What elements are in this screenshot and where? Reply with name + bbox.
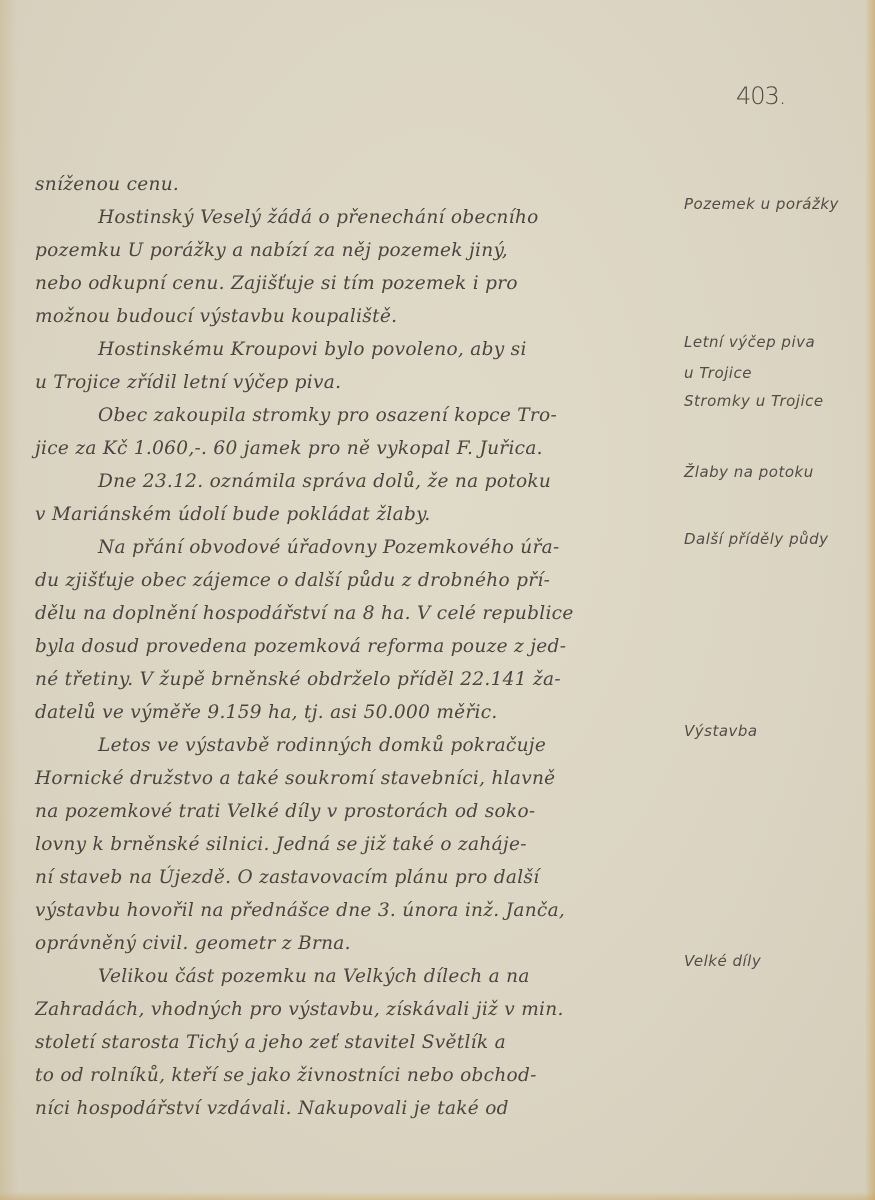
handwritten-line: nebo odkupní cenu. Zajišťuje si tím poze… xyxy=(35,267,685,300)
handwritten-line: Hostinský Veselý žádá o přenechání obecn… xyxy=(35,201,685,234)
handwritten-line: ní staveb na Újezdě. O zastavovacím plán… xyxy=(35,861,685,894)
margin-note: Výstavba xyxy=(684,722,758,740)
margin-note: Velké díly xyxy=(684,952,761,970)
handwritten-line: du zjišťuje obec zájemce o další půdu z … xyxy=(35,564,685,597)
chronicle-body-text: sníženou cenu.Hostinský Veselý žádá o př… xyxy=(35,168,685,1125)
margin-note: Další příděly půdy xyxy=(684,530,829,548)
page-number: 403. xyxy=(736,82,785,110)
margin-note: Žlaby na potoku xyxy=(684,463,814,481)
margin-note: Stromky u Trojice xyxy=(684,392,824,410)
handwritten-line: dělu na doplnění hospodářství na 8 ha. V… xyxy=(35,597,685,630)
notebook-page: 403. sníženou cenu.Hostinský Veselý žádá… xyxy=(0,0,875,1200)
handwritten-line: století starosta Tichý a jeho zeť stavit… xyxy=(35,1026,685,1059)
handwritten-line: Velikou část pozemku na Velkých dílech a… xyxy=(35,960,685,993)
handwritten-line: Letos ve výstavbě rodinných domků pokrač… xyxy=(35,729,685,762)
handwritten-line: né třetiny. V župě brněnské obdrželo pří… xyxy=(35,663,685,696)
handwritten-line: níci hospodářství vzdávali. Nakupovali j… xyxy=(35,1092,685,1125)
handwritten-line: pozemku U porážky a nabízí za něj pozeme… xyxy=(35,234,685,267)
handwritten-line: možnou budoucí výstavbu koupaliště. xyxy=(35,300,685,333)
handwritten-line: sníženou cenu. xyxy=(35,168,685,201)
handwritten-line: to od rolníků, kteří se jako živnostníci… xyxy=(35,1059,685,1092)
handwritten-line: Obec zakoupila stromky pro osazení kopce… xyxy=(35,399,685,432)
handwritten-line: byla dosud provedena pozemková reforma p… xyxy=(35,630,685,663)
handwritten-line: u Trojice zřídil letní výčep piva. xyxy=(35,366,685,399)
handwritten-line: lovny k brněnské silnici. Jedná se již t… xyxy=(35,828,685,861)
handwritten-line: Hostinskému Kroupovi bylo povoleno, aby … xyxy=(35,333,685,366)
handwritten-line: Dne 23.12. oznámila správa dolů, že na p… xyxy=(35,465,685,498)
margin-note: Pozemek u porážky xyxy=(684,195,839,213)
handwritten-line: Na přání obvodové úřadovny Pozemkového ú… xyxy=(35,531,685,564)
handwritten-line: na pozemkové trati Velké díly v prostorá… xyxy=(35,795,685,828)
handwritten-line: datelů ve výměře 9.159 ha, tj. asi 50.00… xyxy=(35,696,685,729)
handwritten-line: oprávněný civil. geometr z Brna. xyxy=(35,927,685,960)
handwritten-line: Hornické družstvo a také soukromí staveb… xyxy=(35,762,685,795)
handwritten-line: v Mariánském údolí bude pokládat žlaby. xyxy=(35,498,685,531)
margin-note: u Trojice xyxy=(684,364,752,382)
handwritten-line: výstavbu hovořil na přednášce dne 3. úno… xyxy=(35,894,685,927)
handwritten-line: Zahradách, vhodných pro výstavbu, získáv… xyxy=(35,993,685,1026)
handwritten-line: jice za Kč 1.060,-. 60 jamek pro ně vyko… xyxy=(35,432,685,465)
margin-note: Letní výčep piva xyxy=(684,333,815,351)
